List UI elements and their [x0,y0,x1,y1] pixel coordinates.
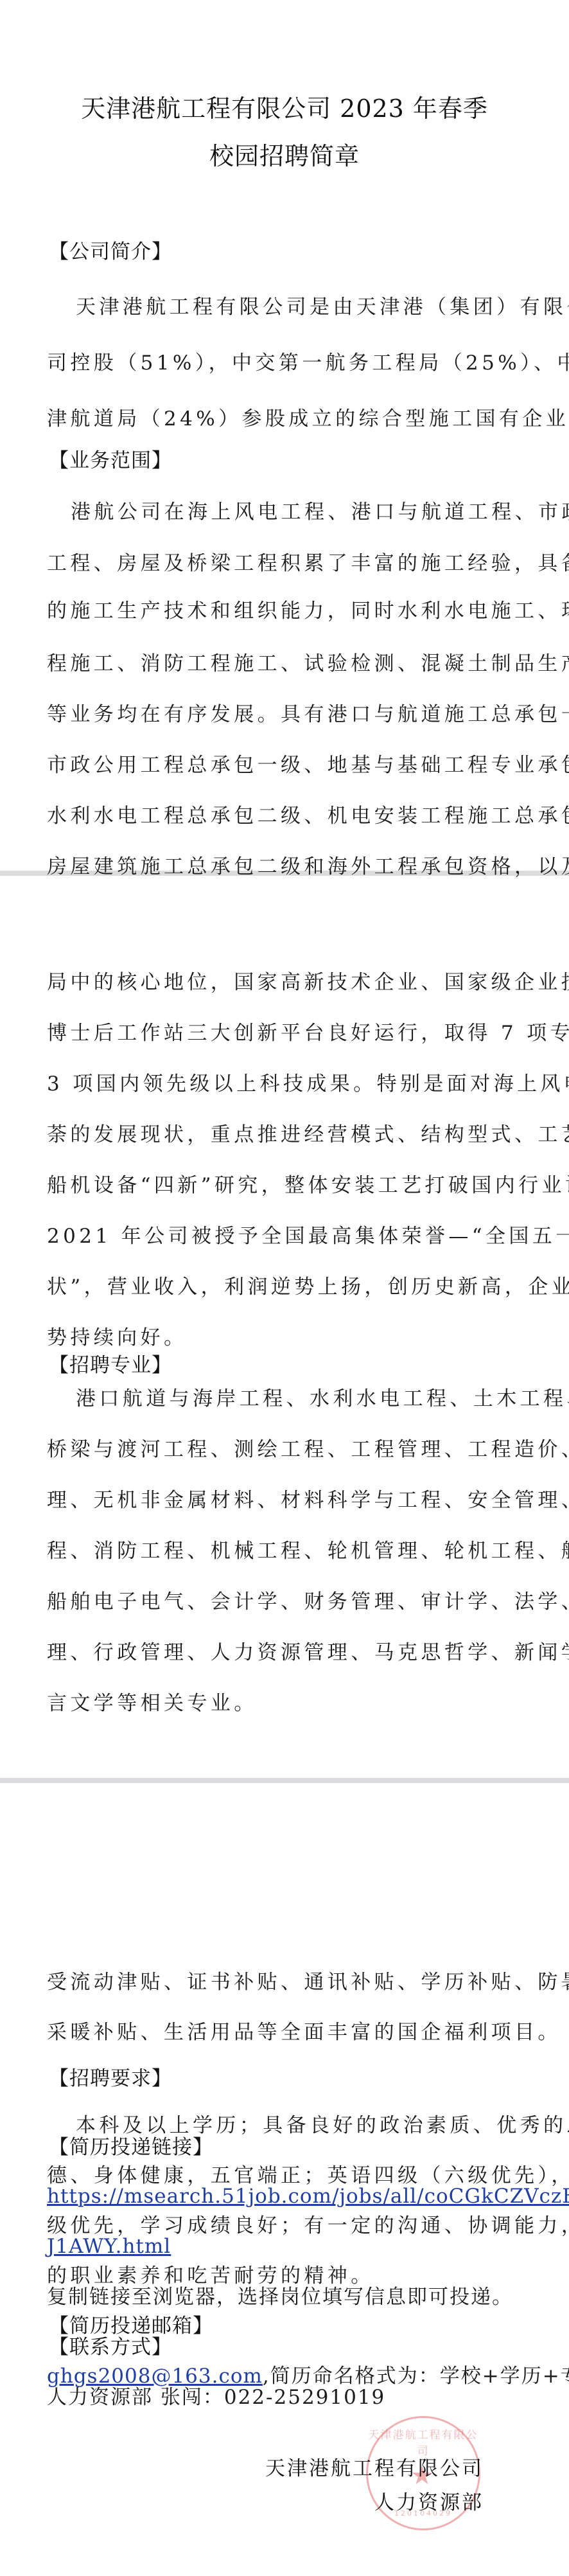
seal-ring-text: 天津港航工程有限公司 [368,2426,478,2458]
text-line: 船机设备“四新”研究，整体安装工艺打破国内行业记录。 [47,1173,490,1198]
page-title-line-1: 天津港航工程有限公司 2023 年春季 [0,89,569,124]
text-line: 工程、房屋及桥梁工程积累了丰富的施工经验，具备较强 [47,551,490,576]
text-line: 的施工生产技术和组织能力，同时水利水电施工、环保工 [47,598,490,624]
text-line: 2021 年公司被授予全国最高集体荣誉—“全国五一劳动奖 [47,1223,490,1249]
text-line: 程施工、消防工程施工、试验检测、混凝土制品生产销售 [47,651,490,677]
text-line: 桥梁与渡河工程、测绘工程、工程管理、工程造价、物流管 [47,1437,490,1462]
text-line: 理、行政管理、人力资源管理、马克思哲学、新闻学、汉语 [47,1640,490,1666]
text-line: 等业务均在有序发展。具有港口与航道施工总承包一级、 [47,702,490,727]
page-title-line-2: 校园招聘简章 [0,136,569,172]
signature-department: 人力资源部 [374,2490,484,2516]
url-line-2: J1AWY.html [47,2234,490,2259]
text-line: 程、消防工程、机械工程、轮机管理、轮机工程、航海技术、 [47,1538,490,1564]
text-line: 言文学等相关专业。 [47,1691,490,1716]
text-line: 天津港航工程有限公司是由天津港（集团）有限公 [76,294,519,320]
section-heading-intro: 【公司简介】 [49,239,172,265]
section-heading-requirements: 【招聘要求】 [49,2066,172,2092]
section-heading-contact: 【联系方式】 [49,2334,172,2360]
document-page-2: 局中的核心地位，国家高新技术企业、国家级企业技术中心、 博士后工作站三大创新平台… [0,876,569,1778]
link-note: 复制链接至浏览器，选择岗位填写信息即可投递。 [47,2284,490,2310]
text-line: 津航道局（24%）参股成立的综合型施工国有企业。 [47,406,490,432]
text-line: 港航公司在海上风电工程、港口与航道工程、市政公用 [71,499,514,525]
text-line: 司控股（51%），中交第一航务工程局（25%）、中交天 [47,350,490,376]
text-line: 局中的核心地位，国家高新技术企业、国家级企业技术中心、 [47,970,490,995]
text-line: 势持续向好。 [47,1325,490,1351]
page-separator [0,1778,569,1783]
text-line: 受流动津贴、证书补贴、通讯补贴、学历补贴、防暑补贴、 [47,1969,490,1995]
text-line: 市政公用工程总承包一级、地基与基础工程专业承包一级、 [47,752,490,778]
application-link-continued[interactable]: J1AWY.html [47,2235,171,2258]
section-heading-majors: 【招聘专业】 [49,1353,172,1378]
signature-company: 天津港航工程有限公司 [265,2456,484,2482]
section-heading-business: 【业务范围】 [49,448,172,474]
section-heading-link: 【简历投递链接】 [49,2135,213,2160]
text-line: 房屋建筑施工总承包二级和海外工程承包资格，以及试验 [47,854,490,880]
text-line: 港口航道与海岸工程、水利水电工程、土木工程、道路 [76,1386,519,1412]
text-line: 状”，营业收入，利润逆势上扬，创历史新高，企业发展态 [47,1274,490,1300]
url-line-1: https://msearch.51job.com/jobs/all/coCGk… [47,2183,490,2209]
contact-line: 人力资源部 张闯：022-25291019 [47,2385,490,2410]
text-line: 水利水电工程总承包二级、机电安装工程施工总承包二级、 [47,803,490,829]
application-link[interactable]: https://msearch.51job.com/jobs/all/coCGk… [47,2185,569,2208]
text-line: 博士后工作站三大创新平台良好运行，取得 7 项专利，荣获 [47,1020,490,1046]
text-line: 3 项国内领先级以上科技成果。特别是面对海上风电如火如 [47,1071,490,1097]
text-line: 理、无机非金属材料、材料科学与工程、安全管理、安全工 [47,1488,490,1513]
text-line: 荼的发展现状，重点推进经营模式、结构型式、工艺工法、 [47,1122,490,1148]
text-line: 船舶电子电气、会计学、财务管理、审计学、法学、工商管 [47,1589,490,1615]
document-page-1: 天津港航工程有限公司 2023 年春季 校园招聘简章 【公司简介】 天津港航工程… [0,0,569,871]
text-line: 采暖补贴、生活用品等全面丰富的国企福利项目。 [47,2020,490,2045]
